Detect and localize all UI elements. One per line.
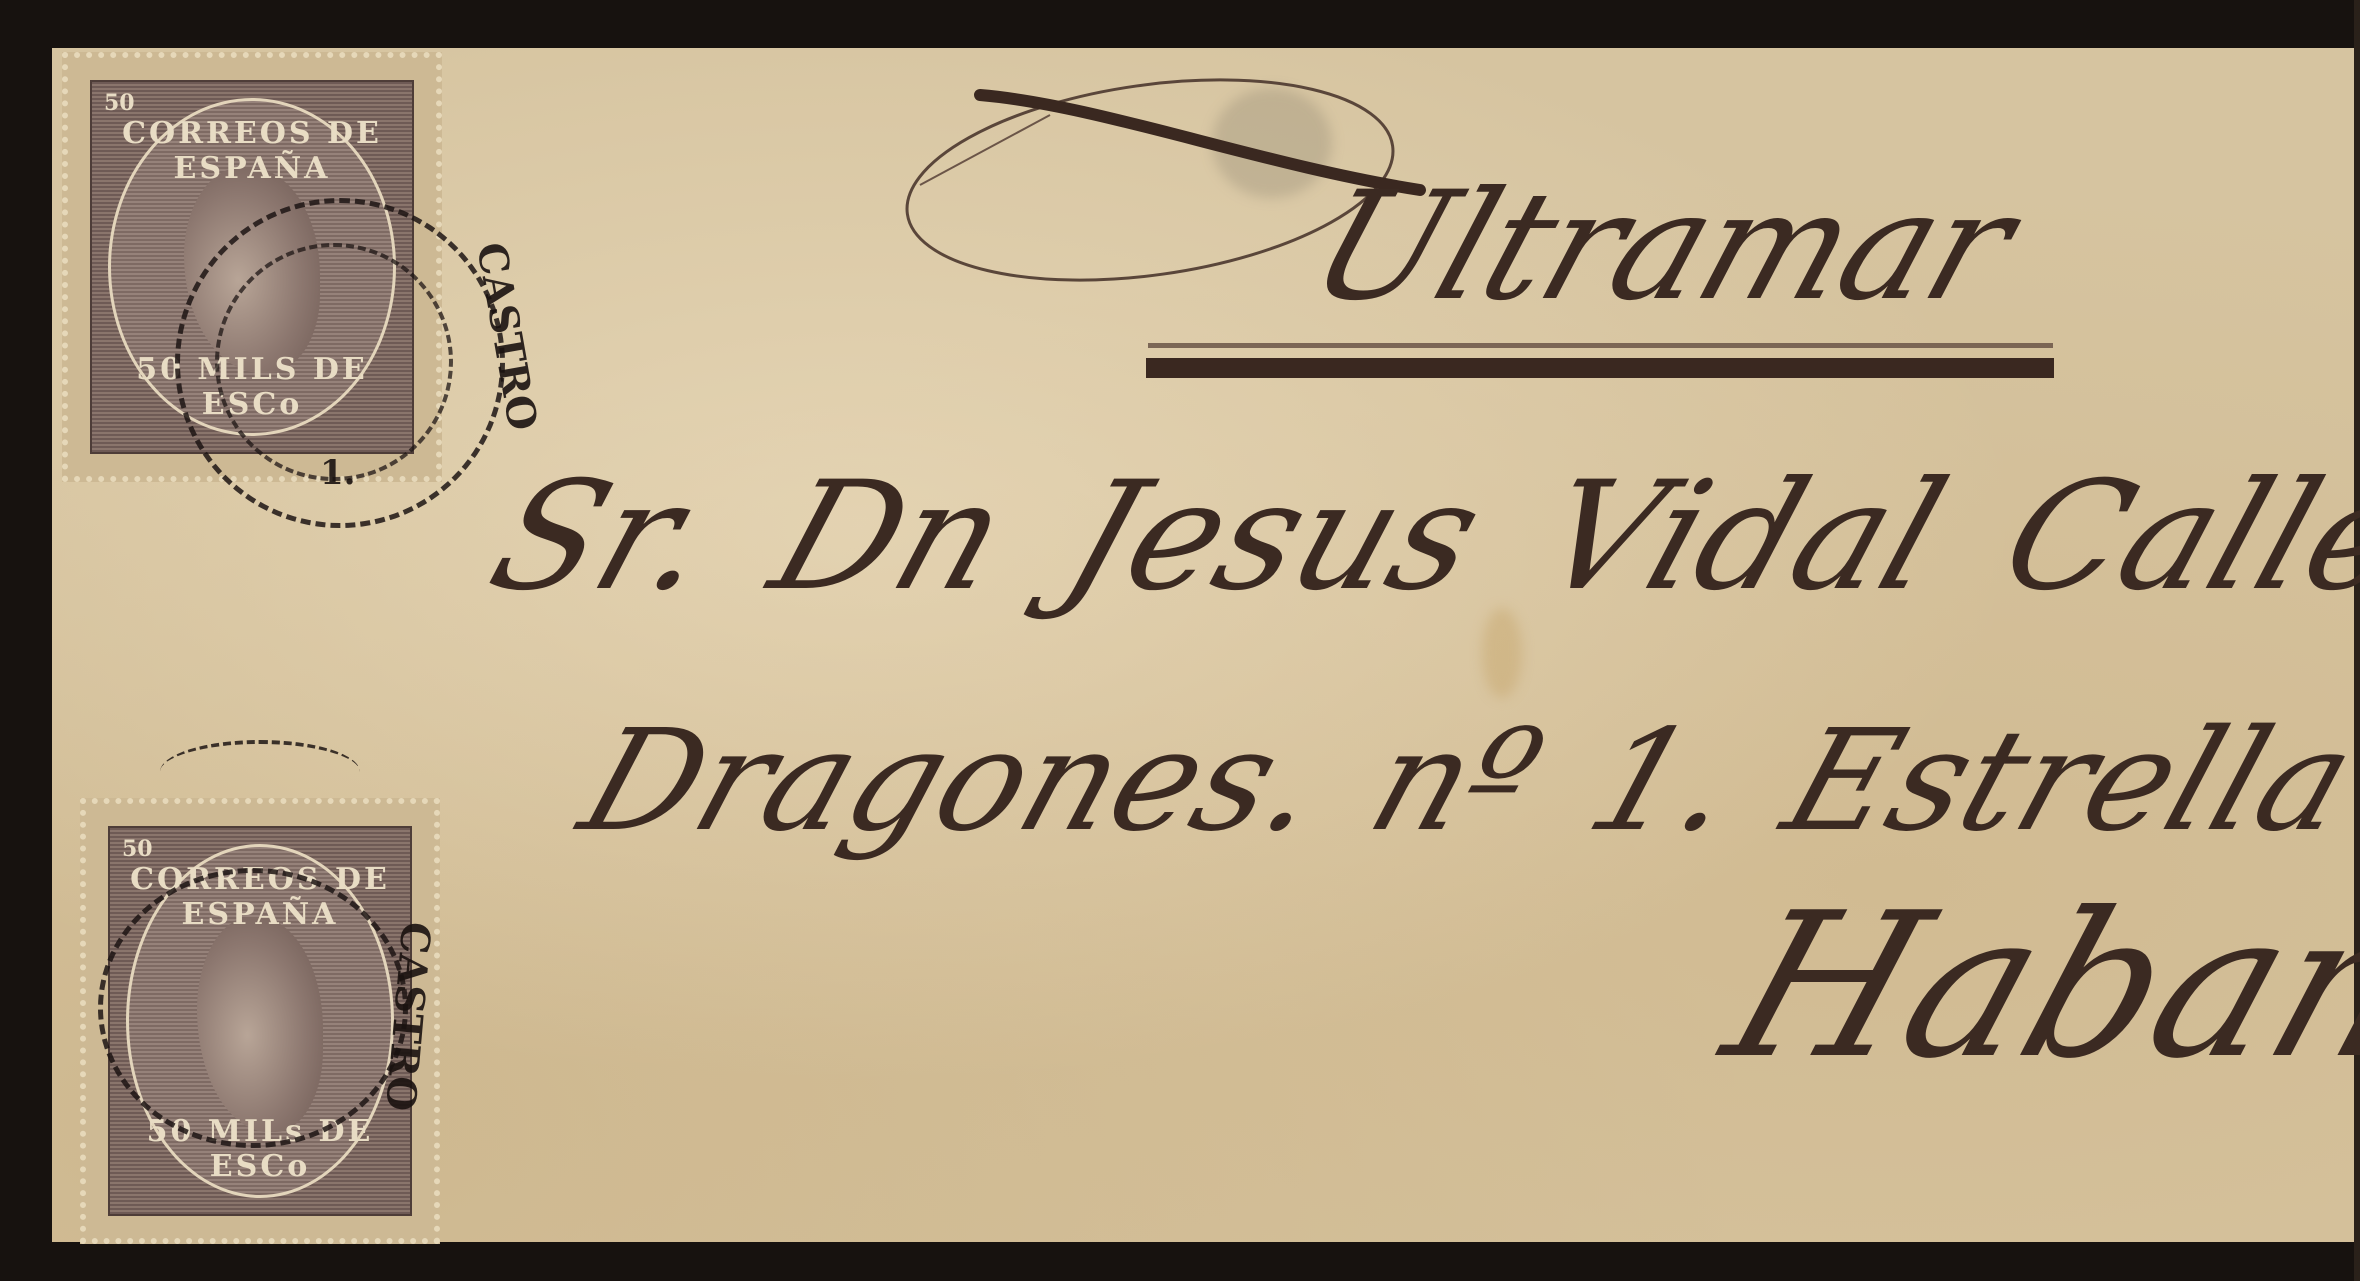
- address-line-1: Sr. Dn Jesus Vidal Calle de: [472, 450, 2360, 624]
- address-city: Habana: [1702, 870, 2360, 1103]
- postmark-circle-outer: CASTRO 1.: [175, 198, 505, 528]
- postmark-circle-outer: CASTRO: [98, 868, 408, 1148]
- stamp-value-corner: 50: [122, 836, 153, 862]
- envelope: CORREOS DE ESPAÑA 50 MILS DE ESCo 50 CAS…: [0, 0, 2360, 1281]
- stamp-inscription-top: CORREOS DE ESPAÑA: [92, 116, 412, 186]
- postmark-arc-fragment: [160, 740, 360, 804]
- postmark-date: 1.: [320, 453, 356, 493]
- postmark-circle-inner: [215, 243, 453, 481]
- route-marking-ultramar: Ultramar: [1292, 160, 2032, 334]
- underline-thick: [1146, 358, 2054, 378]
- stamp-value-corner: 50: [104, 90, 135, 116]
- address-line-2: Dragones. nº 1. Estrella de Cuba: [564, 700, 2360, 863]
- underline-thin: [1148, 343, 2053, 348]
